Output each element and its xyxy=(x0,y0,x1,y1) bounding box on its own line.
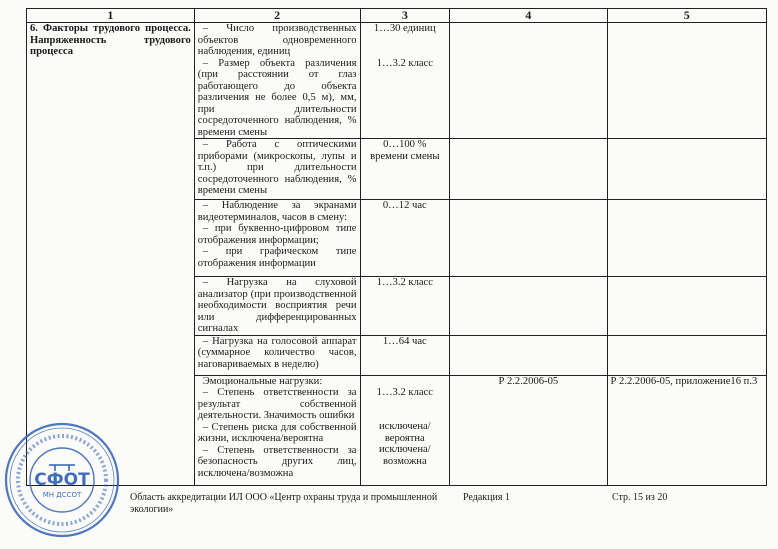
description-line: – Число производственных объектов одновр… xyxy=(198,23,357,58)
method-cell xyxy=(450,23,607,139)
normative-cell: Р 2.2.2006-05, приложение16 п.3 xyxy=(607,375,767,485)
range-value: 1…3.2 класс xyxy=(364,277,447,289)
description-line: – Степень ответственности за безопасност… xyxy=(198,445,357,480)
description-line: – Степень риска для собственной жизни, и… xyxy=(198,422,357,445)
range-cell: 1…3.2 класс xyxy=(360,277,450,336)
description-line: – при графическом типе отображения инфор… xyxy=(198,246,357,269)
page-number: Стр. 15 из 20 xyxy=(612,492,667,504)
range-value: исключена/ вероятна xyxy=(364,421,447,444)
description-cell: – Работа с оптическими приборами (микрос… xyxy=(194,139,360,200)
range-value: 1…3.2 класс xyxy=(364,58,447,70)
range-value: 0…12 час xyxy=(364,200,447,212)
range-cell: 1…3.2 класс исключена/ вероятна исключен… xyxy=(360,375,450,485)
description-line: – Нагрузка на слуховой анализатор (при п… xyxy=(198,277,357,335)
normative-cell xyxy=(607,23,767,139)
svg-text:МН ДССОТ: МН ДССОТ xyxy=(43,491,82,499)
column-header-3: 3 xyxy=(360,9,450,23)
description-line: – Работа с оптическими приборами (микрос… xyxy=(198,139,357,197)
range-value: 1…3.2 класс xyxy=(364,387,447,399)
method-cell: Р 2.2.2006-05 xyxy=(450,375,607,485)
normative-cell xyxy=(607,200,767,277)
method-cell xyxy=(450,277,607,336)
column-header-2: 2 xyxy=(194,9,360,23)
range-cell: 1…64 час xyxy=(360,335,450,375)
description-cell: – Число производственных объектов одновр… xyxy=(194,23,360,139)
table-row: 6. Факторы трудового процесса. Напряженн… xyxy=(27,23,767,139)
description-cell: – Нагрузка на слуховой анализатор (при п… xyxy=(194,277,360,336)
range-cell: 0…12 час xyxy=(360,200,450,277)
method-cell xyxy=(450,335,607,375)
document-page: 1 2 3 4 5 6. Факторы трудового процесса.… xyxy=(0,0,778,549)
normative-cell xyxy=(607,277,767,336)
certification-stamp-icon: СФОТ МН ДССОТ xyxy=(3,421,121,539)
description-line: – Нагрузка на голосовой аппарат (суммарн… xyxy=(198,336,357,371)
factor-cell: 6. Факторы трудового процесса. Напряженн… xyxy=(27,23,195,486)
method-cell xyxy=(450,139,607,200)
svg-text:СФОТ: СФОТ xyxy=(34,470,90,490)
description-cell: – Нагрузка на голосовой аппарат (суммарн… xyxy=(194,335,360,375)
description-line: Эмоциональные нагрузки: xyxy=(198,376,357,388)
accreditation-footer: Область аккредитации ИЛ ООО «Центр охран… xyxy=(130,492,460,515)
column-header-5: 5 xyxy=(607,9,767,23)
column-header-1: 1 xyxy=(27,9,195,23)
normative-cell xyxy=(607,335,767,375)
range-cell: 1…30 единиц 1…3.2 класс xyxy=(360,23,450,139)
range-value: 1…30 единиц xyxy=(364,23,447,35)
normative-cell xyxy=(607,139,767,200)
description-cell: Эмоциональные нагрузки: – Степень ответс… xyxy=(194,375,360,485)
description-line: – Степень ответственности за результат с… xyxy=(198,387,357,422)
range-value: исключена/ возможна xyxy=(364,444,447,467)
accreditation-table: 1 2 3 4 5 6. Факторы трудового процесса.… xyxy=(26,8,767,486)
range-value: 1…64 час xyxy=(364,336,447,348)
method-cell xyxy=(450,200,607,277)
description-line: – Размер объекта различения (при расстоя… xyxy=(198,58,357,139)
description-cell: – Наблюдение за экранами видеотерминалов… xyxy=(194,200,360,277)
table-header-row: 1 2 3 4 5 xyxy=(27,9,767,23)
range-cell: 0…100 % времени смены xyxy=(360,139,450,200)
column-header-4: 4 xyxy=(450,9,607,23)
description-line: – при буквенно-цифровом типе отображения… xyxy=(198,223,357,246)
description-line: – Наблюдение за экранами видеотерминалов… xyxy=(198,200,357,223)
range-value: 0…100 % времени смены xyxy=(364,139,447,162)
revision-label: Редакция 1 xyxy=(463,492,510,504)
